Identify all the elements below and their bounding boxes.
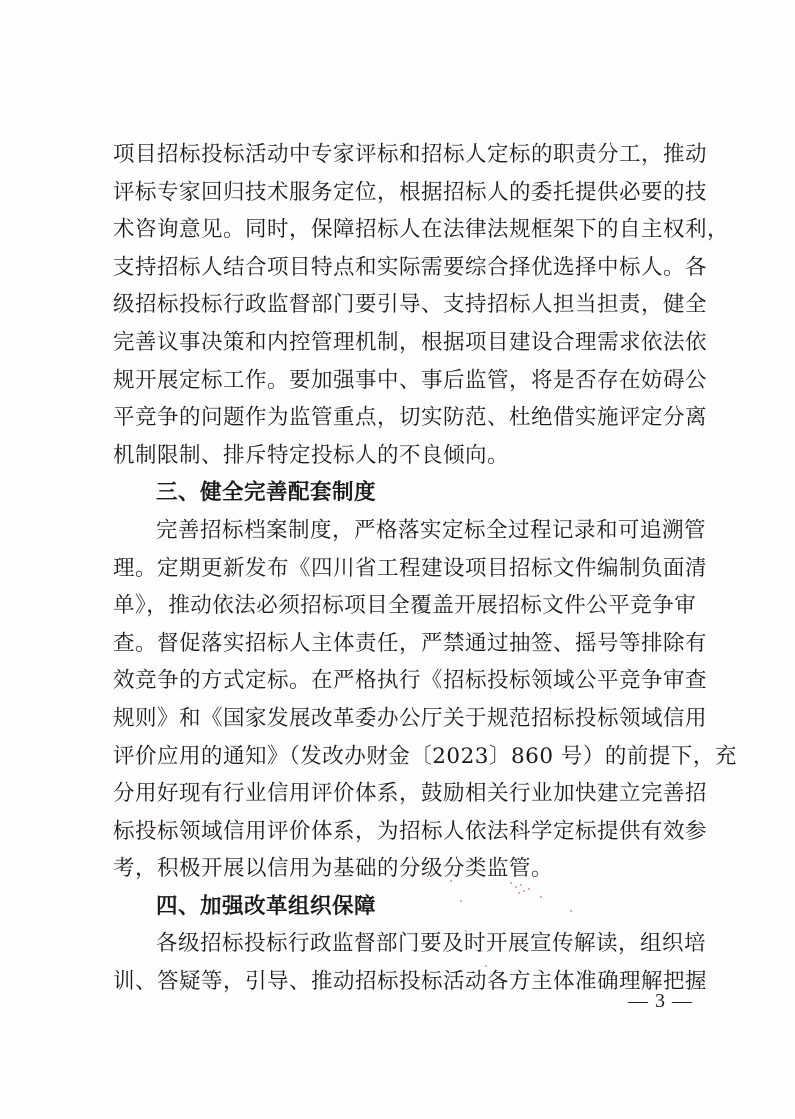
text-line: 机制限制、排斥特定投标人的不良倾向。 — [113, 437, 695, 475]
text-line: 单》，推动依法必须招标项目全覆盖开展招标文件公平竞争审 — [113, 587, 695, 625]
paragraph-2: 完善招标档案制度，严格落实定标全过程记录和可追溯管 理。定期更新发布《四川省工程… — [113, 512, 695, 888]
text-line: 评标专家回归技术服务定位，根据招标人的委托提供必要的技 — [113, 174, 695, 212]
page-number: — 3 — — [628, 990, 693, 1013]
text-line: 规开展定标工作。要加强事中、事后监管，将是否存在妨碍公 — [113, 362, 695, 400]
text-line: 评价应用的通知》（发改办财金〔2023〕860 号）的前提下，充 — [113, 738, 695, 776]
text-line: 理。定期更新发布《四川省工程建设项目招标文件编制负面清 — [113, 550, 695, 588]
text-line: 标投标领域信用评价体系，为招标人依法科学定标提供有效参 — [113, 813, 695, 851]
text-line: 项目招标投标活动中专家评标和招标人定标的职责分工，推动 — [113, 136, 695, 174]
text-line: 术咨询意见。同时，保障招标人在法律法规框架下的自主权利， — [113, 211, 695, 249]
text-line: 级招标投标行政监督部门要引导、支持招标人担当担责，健全 — [113, 286, 695, 324]
text-line: 支持招标人结合项目特点和实际需要综合择优选择中标人。各 — [113, 249, 695, 287]
section-heading-4: 四、加强改革组织保障 — [113, 888, 695, 926]
text-line: 平竞争的问题作为监管重点，切实防范、杜绝借实施评定分离 — [113, 399, 695, 437]
text-line: 训、答疑等，引导、推动招标投标活动各方主体准确理解把握 — [113, 963, 695, 1001]
paragraph-3: 各级招标投标行政监督部门要及时开展宣传解读，组织培 训、答疑等，引导、推动招标投… — [113, 925, 695, 1000]
text-line: 考，积极开展以信用为基础的分级分类监管。 — [113, 850, 695, 888]
text-line: 查。督促落实招标人主体责任，严禁通过抽签、摇号等排除有 — [113, 625, 695, 663]
text-line: 效竞争的方式定标。在严格执行《招标投标领域公平竞争审查 — [113, 662, 695, 700]
section-heading-3: 三、健全完善配套制度 — [113, 474, 695, 512]
text-line: 分用好现有行业信用评价体系，鼓励相关行业加快建立完善招 — [113, 775, 695, 813]
document-page: 项目招标投标活动中专家评标和招标人定标的职责分工，推动 评标专家回归技术服务定位… — [0, 0, 795, 1119]
text-line: 各级招标投标行政监督部门要及时开展宣传解读，组织培 — [113, 925, 695, 963]
paragraph-1: 项目招标投标活动中专家评标和招标人定标的职责分工，推动 评标专家回归技术服务定位… — [113, 136, 695, 474]
text-line: 规则》和《国家发展改革委办公厅关于规范招标投标领域信用 — [113, 700, 695, 738]
text-line: 完善招标档案制度，严格落实定标全过程记录和可追溯管 — [113, 512, 695, 550]
document-body: 项目招标投标活动中专家评标和招标人定标的职责分工，推动 评标专家回归技术服务定位… — [113, 136, 695, 1001]
text-line: 完善议事决策和内控管理机制，根据项目建设合理需求依法依 — [113, 324, 695, 362]
